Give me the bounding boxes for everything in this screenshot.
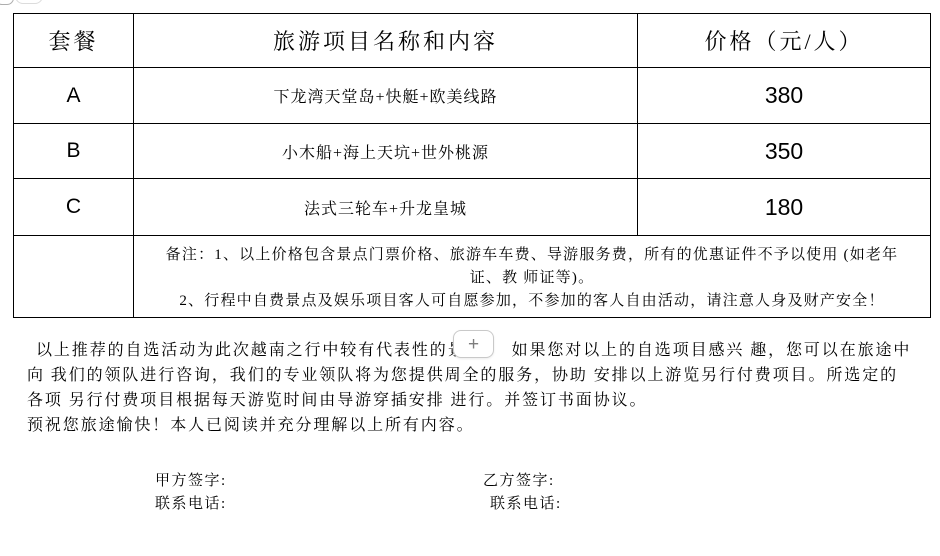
header-package: 套餐	[14, 14, 134, 68]
package-a-label: A	[14, 68, 134, 124]
party-a-signature-block: 甲方签字: 联系电话:	[155, 470, 227, 516]
plus-icon: +	[468, 335, 479, 354]
price-a-value: 380	[638, 68, 931, 124]
project-b-name: 小木船+海上天坑+世外桃源	[134, 124, 638, 179]
tour-price-table: 套餐 旅游项目名称和内容 价格（元/人） A 下龙湾天堂岛+快艇+欧美线路 38…	[13, 13, 931, 318]
project-a-name: 下龙湾天堂岛+快艇+欧美线路	[134, 68, 638, 124]
price-b-value: 350	[638, 124, 931, 179]
table-row-b: B 小木船+海上天坑+世外桃源 350	[14, 124, 931, 179]
cropped-button-artifact-right	[15, 0, 43, 4]
party-a-phone-label: 联系电话:	[155, 493, 227, 516]
cropped-button-artifact-left	[0, 0, 14, 5]
terms-line-2: 向 我们的领队进行咨询，我们的专业领队将为您提供周全的服务，协助 安排以上游览另…	[27, 363, 927, 388]
party-b-phone-label: 联系电话:	[483, 493, 562, 516]
terms-line-3: 各项 另行付费项目根据每天游览时间由导游穿插安排 进行。并签订书面协议。	[27, 388, 927, 413]
notes-empty-cell	[14, 236, 134, 318]
terms-line-4: 预祝您旅途愉快！本人已阅读并充分理解以上所有内容。	[27, 413, 927, 438]
header-project-name: 旅游项目名称和内容	[134, 14, 638, 68]
price-c-value: 180	[638, 179, 931, 236]
package-c-label: C	[14, 179, 134, 236]
party-a-signature-label: 甲方签字:	[155, 470, 227, 493]
header-price: 价格（元/人）	[638, 14, 931, 68]
table-header-row: 套餐 旅游项目名称和内容 价格（元/人）	[14, 14, 931, 68]
project-c-name: 法式三轮车+升龙皇城	[134, 179, 638, 236]
notes-line-2: 证、教 师证等)。	[138, 267, 926, 290]
party-b-signature-label: 乙方签字:	[483, 470, 562, 493]
party-b-signature-block: 乙方签字: 联系电话:	[483, 470, 562, 516]
terms-line-1-after: 如果您对以上的自选项目感兴 趣，您可以在旅途中	[512, 342, 912, 359]
table-row-c: C 法式三轮车+升龙皇城 180	[14, 179, 931, 236]
notes-line-3: 2、行程中自费景点及娱乐项目客人可自愿参加，不参加的客人自由活动，请注意人身及财…	[138, 290, 926, 313]
table-row-a: A 下龙湾天堂岛+快艇+欧美线路 380	[14, 68, 931, 124]
table-notes-row: 备注：1、以上价格包含景点门票价格、旅游车车费、导游服务费，所有的优惠证件不予以…	[14, 236, 931, 318]
notes-cell: 备注：1、以上价格包含景点门票价格、旅游车车费、导游服务费，所有的优惠证件不予以…	[134, 236, 931, 318]
terms-line-1-before: 以上推荐的自选活动为此次越南之行中较有代表性的景	[27, 342, 466, 359]
notes-line-1: 备注：1、以上价格包含景点门票价格、旅游车车费、导游服务费，所有的优惠证件不予以…	[138, 244, 926, 267]
package-b-label: B	[14, 124, 134, 179]
add-button[interactable]: +	[453, 330, 494, 358]
